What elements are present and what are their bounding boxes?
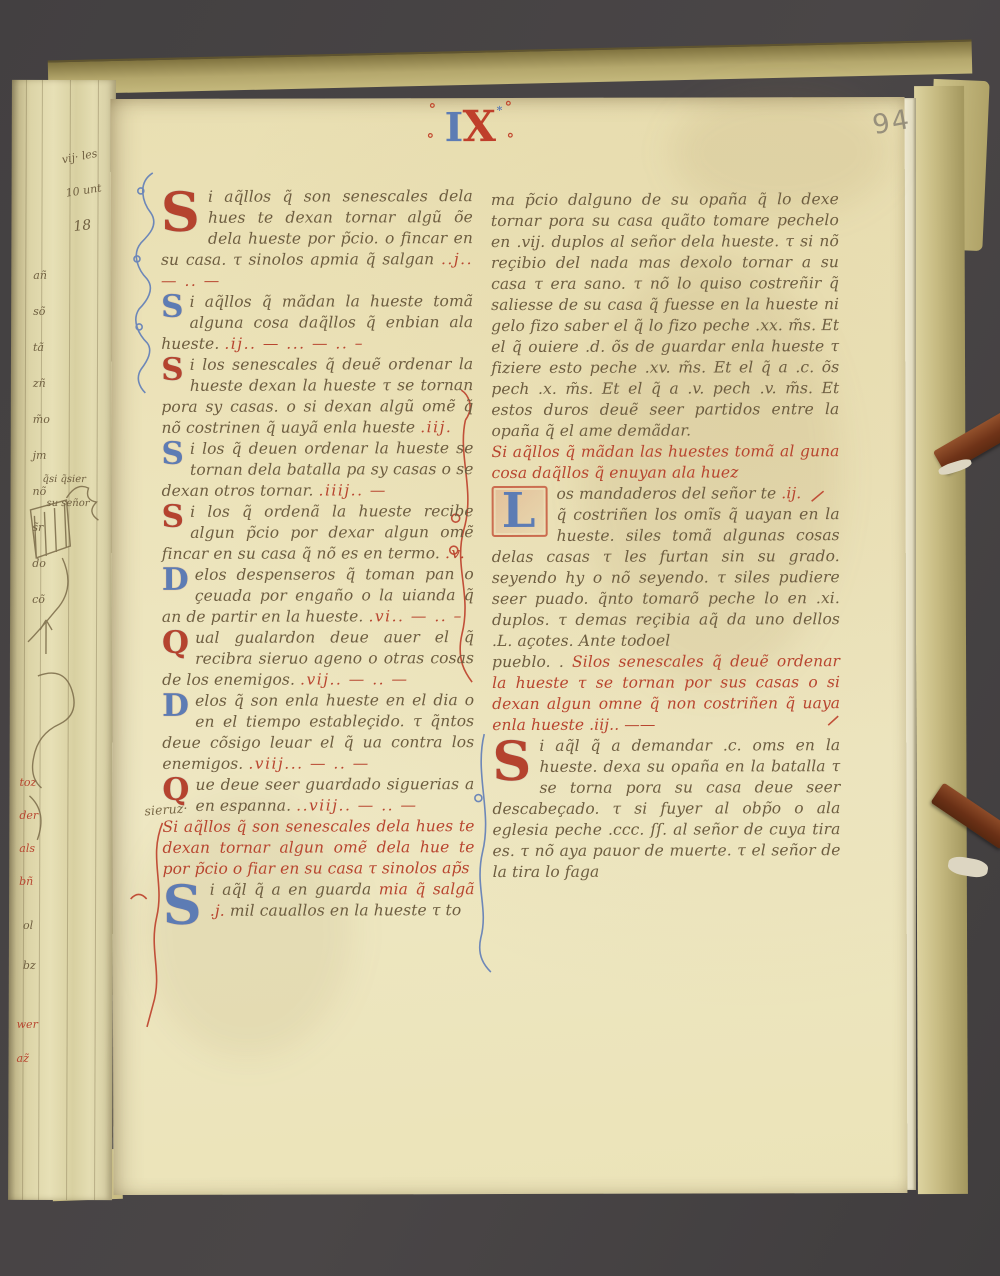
- chapter-numeral: .vij.. — .. —: [300, 670, 408, 688]
- chapter-1-opening: S i aq̃l q̃ a en guarda mia q̃ salgã .j.…: [163, 879, 475, 922]
- chapter-numeral: .iiij.. —: [319, 481, 387, 499]
- chapter-3: S i aq̃l q̃ a demandar .c. oms en la hue…: [492, 735, 840, 883]
- decorated-initial: S: [161, 187, 208, 235]
- rubric: Si aq̃llos q̃ son senescales dela hues t…: [162, 816, 474, 880]
- previous-folio-edges: vij· les 10 unt 18 añ sõ tã zñ m̃o jm nõ…: [8, 80, 116, 1200]
- chapter-numeral: .viij... — .. —: [248, 754, 369, 772]
- index-entry: Si los q̃ ordenã la hueste recibe algun …: [162, 501, 474, 565]
- chapter-text-ink: os mandaderos del señor te: [556, 484, 776, 503]
- margin-fragment: vij· les: [61, 147, 99, 166]
- heading-numeral-blue: I: [445, 104, 464, 151]
- vellum-cover-right-edge: [914, 86, 968, 1194]
- heading-numeral-red: X: [463, 102, 497, 152]
- left-text-column: Si aq̃llos q̃ son senescales dela hues t…: [161, 186, 475, 928]
- chapter-text: i aq̃l q̃ a demandar .c. oms en la huest…: [492, 735, 840, 883]
- heading-ornament: °: [507, 130, 515, 148]
- chapter-text-ink: mil cauallos en la hueste τ to: [230, 901, 462, 920]
- folio-edge-line: [38, 80, 43, 1200]
- decorated-initial: S: [161, 439, 190, 467]
- index-entry: Que deue seer guardado siguerias a en es…: [162, 774, 474, 817]
- mixed-line: pueblo. . Silos senescales q̃ deuẽ orden…: [492, 651, 840, 736]
- margin-fragment-red: toz der als bñ: [19, 766, 38, 898]
- decorated-initial: D: [162, 691, 195, 719]
- decorated-initial: S: [163, 880, 210, 928]
- decorated-initial: D: [162, 565, 195, 593]
- chapter-numeral: .ij.: [781, 484, 801, 502]
- margin-fragment: su señor: [46, 498, 89, 509]
- margin-fragment-column: añ sõ tã zñ m̃o jm nõ s̃r do cõ: [32, 258, 50, 618]
- continuation-paragraph: ma p̃cio dalguno de su opaña q̃ lo dexe …: [491, 189, 840, 442]
- entry-text: i aq̃llos q̃ son senescales dela hues te…: [161, 187, 473, 269]
- chapter-heading-IX: ° ° I X * ° °: [423, 102, 533, 154]
- chapter-numeral: .ij.. — ... — .. –: [224, 334, 364, 352]
- index-entry: Si los senescales q̃ deuẽ ordenar la hue…: [161, 354, 473, 439]
- chapter-numeral: .vi.. — .. –: [368, 607, 462, 625]
- heading-ornament: °: [505, 98, 513, 116]
- chapter-text-ink: pueblo. .: [492, 653, 564, 671]
- manuscript-page: 94 ° ° I X * ° ° Si aq̃llos q̃ son senes…: [111, 97, 908, 1195]
- margin-fragment: 18: [73, 217, 92, 235]
- rubric: Si aq̃llos q̃ mãdan las huestes tomã al …: [491, 441, 839, 484]
- chapter-numeral: .v.: [445, 544, 466, 562]
- chapter-2: L os mandaderos del señor te .ij. q̃ cos…: [492, 483, 840, 652]
- chapter-numeral: ..viij.. — .. —: [296, 796, 417, 814]
- photo-backdrop: { "colors":{ "backdrop":"#474345","parch…: [0, 0, 1000, 1276]
- chapter-numeral: .iij.: [420, 418, 452, 436]
- index-entry: Delos q̃ son enla hueste en el dia o en …: [162, 690, 474, 775]
- heading-sprig: *: [497, 104, 503, 117]
- vellum-cover-top-edge: [48, 40, 973, 95]
- folio-edge-line: [94, 80, 99, 1200]
- index-entry: Si aq̃llos q̃ mãdan la hueste tomã algun…: [161, 291, 473, 355]
- decorated-initial: Q: [162, 628, 195, 656]
- decorated-initial: S: [492, 736, 539, 784]
- index-entry: Qual gualardon deue auer el q̃ recibra s…: [162, 627, 474, 691]
- chapter-text-ink: i aq̃l q̃ a en guarda: [210, 880, 372, 898]
- right-text-column: ma p̃cio dalguno de su opaña q̃ lo dexe …: [491, 189, 841, 883]
- index-entry: Si aq̃llos q̃ son senescales dela hues t…: [161, 186, 473, 292]
- heading-ornament: °: [427, 130, 435, 148]
- decorated-initial: S: [161, 355, 190, 383]
- pencil-folio-number: 94: [870, 104, 913, 141]
- margin-fragment-red: wer az̃: [16, 1008, 37, 1076]
- index-entry: Delos despenseros q̃ toman pan o çeuada …: [162, 564, 474, 628]
- decorated-initial-L: L: [492, 486, 548, 537]
- index-entry: Si los q̃ deuen ordenar la hueste se tor…: [161, 438, 473, 502]
- heading-ornament: °: [429, 100, 437, 118]
- margin-fragment: q̃si q̃sier: [43, 474, 86, 485]
- decorated-initial: S: [161, 292, 190, 320]
- entry-text: i los q̃ ordenã la hueste recibe algun p…: [162, 502, 474, 563]
- margin-fragment: ol bz: [23, 906, 36, 986]
- folio-edge-line: [66, 80, 71, 1200]
- decorated-initial: S: [162, 502, 191, 530]
- marginal-gloss: sieruz·: [144, 797, 189, 821]
- chapter-text: i aq̃l q̃ a en guarda mia q̃ salgã .j. m…: [163, 879, 475, 922]
